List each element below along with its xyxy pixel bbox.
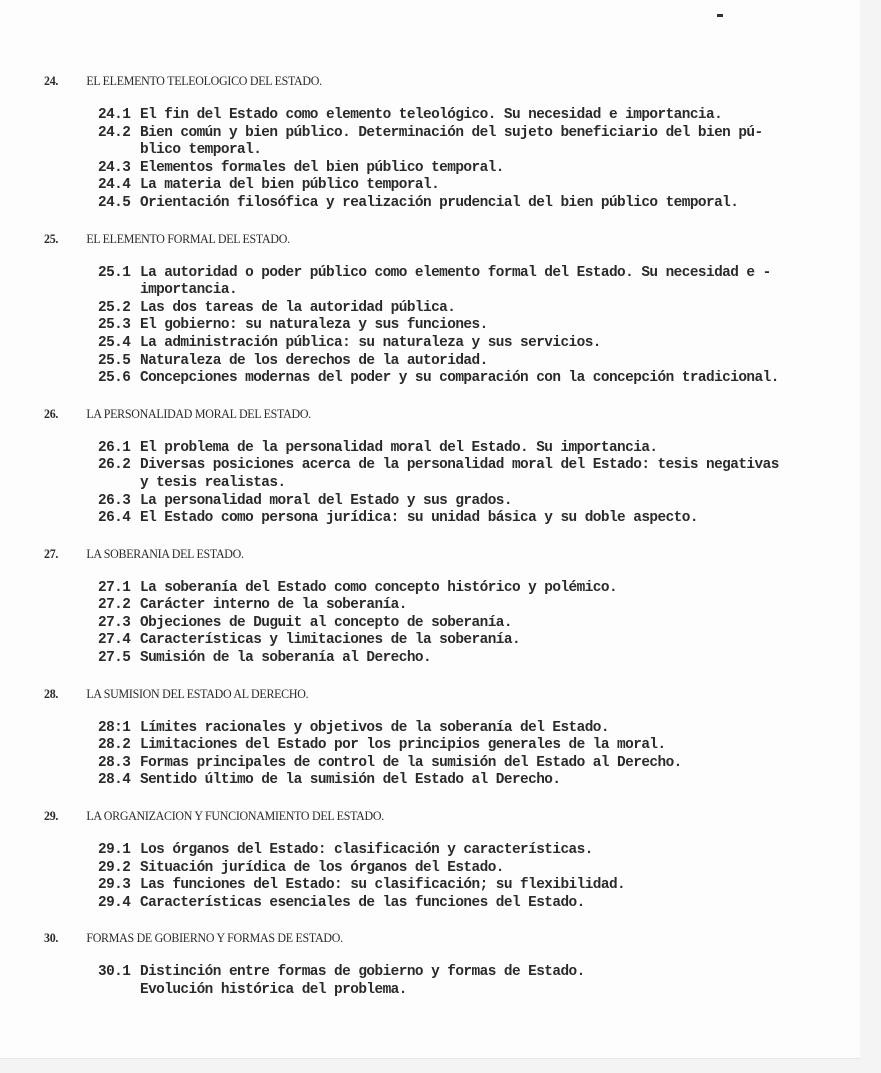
item-text: La materia del bien público temporal. [140, 177, 854, 195]
item-text: Los órganos del Estado: clasificación y … [140, 842, 854, 860]
section-items: 26.1 El problema de la personalidad mora… [44, 440, 854, 528]
item-text: El fin del Estado como elemento teleológ… [140, 107, 854, 125]
section-number: 29. [44, 807, 86, 825]
item-text: Características esenciales de las funcio… [140, 895, 854, 913]
section-title: FORMAS DE GOBIERNO Y FORMAS DE ESTADO. [86, 929, 342, 947]
section-heading: 25. EL ELEMENTO FORMAL DEL ESTADO. [44, 230, 789, 248]
item-text: El problema de la personalidad moral del… [140, 440, 854, 458]
item-number: 27.1 [98, 580, 140, 598]
section-number: 28. [44, 685, 86, 703]
item-number: 24.2 [98, 125, 140, 160]
item-text: Distinción entre formas de gobierno y fo… [140, 964, 854, 999]
item-number: 28.3 [98, 755, 140, 773]
item-number: 25.1 [98, 265, 140, 300]
section-number: 25. [44, 230, 86, 248]
item-text: Sumisión de la soberanía al Derecho. [140, 650, 854, 668]
list-item: 29.1 Los órganos del Estado: clasificaci… [98, 842, 854, 860]
item-number: 25.6 [98, 370, 140, 388]
list-item: 27.3 Objeciones de Duguit al concepto de… [98, 615, 854, 633]
item-text: Bien común y bien público. Determinación… [140, 125, 854, 160]
section-heading: 29. LA ORGANIZACION Y FUNCIONAMIENTO DEL… [44, 807, 789, 825]
item-number: 27.3 [98, 615, 140, 633]
section-number: 27. [44, 545, 86, 563]
item-number: 26.3 [98, 493, 140, 511]
list-item: 24.4 La materia del bien público tempora… [98, 177, 854, 195]
item-number: 28.4 [98, 772, 140, 790]
list-item: 25.5 Naturaleza de los derechos de la au… [98, 353, 854, 371]
list-item: 26.3 La personalidad moral del Estado y … [98, 493, 854, 511]
list-item: 26.4 El Estado como persona jurídica: su… [98, 510, 854, 528]
section-heading: 24. EL ELEMENTO TELEOLOGICO DEL ESTADO. [44, 72, 789, 90]
item-text: Concepciones modernas del poder y su com… [140, 370, 854, 388]
item-text: Diversas posiciones acerca de la persona… [140, 457, 854, 492]
item-number: 24.1 [98, 107, 140, 125]
list-item: 29.3 Las funciones del Estado: su clasif… [98, 877, 854, 895]
item-number: 24.4 [98, 177, 140, 195]
list-item: 25.4 La administración pública: su natur… [98, 335, 854, 353]
list-item: 28.3 Formas principales de control de la… [98, 755, 854, 773]
section: 24. EL ELEMENTO TELEOLOGICO DEL ESTADO. … [44, 72, 854, 213]
item-number: 28.2 [98, 737, 140, 755]
item-number: 29.3 [98, 877, 140, 895]
list-item: 26.1 El problema de la personalidad mora… [98, 440, 854, 458]
item-number: 27.2 [98, 597, 140, 615]
item-number: 26.2 [98, 457, 140, 492]
section-title: EL ELEMENTO FORMAL DEL ESTADO. [86, 230, 289, 248]
item-text: Las dos tareas de la autoridad pública. [140, 300, 854, 318]
list-item: 30.1 Distinción entre formas de gobierno… [98, 964, 854, 999]
list-item: 24.1 El fin del Estado como elemento tel… [98, 107, 854, 125]
item-text: Situación jurídica de los órganos del Es… [140, 860, 854, 878]
section-number: 24. [44, 72, 86, 90]
section-heading: 28. LA SUMISION DEL ESTADO AL DERECHO. [44, 685, 789, 703]
item-text: Naturaleza de los derechos de la autorid… [140, 353, 854, 371]
item-text: Objeciones de Duguit al concepto de sobe… [140, 615, 854, 633]
section-number: 30. [44, 929, 86, 947]
item-text: Limitaciones del Estado por los principi… [140, 737, 854, 755]
item-number: 26.1 [98, 440, 140, 458]
section-items: 28:1 Límites racionales y objetivos de l… [44, 720, 854, 790]
item-number: 29.2 [98, 860, 140, 878]
item-text: Elementos formales del bien público temp… [140, 160, 854, 178]
section-heading: 26. LA PERSONALIDAD MORAL DEL ESTADO. [44, 405, 789, 423]
section-items: 27.1 La soberanía del Estado como concep… [44, 580, 854, 668]
item-number: 25.2 [98, 300, 140, 318]
item-number: 27.4 [98, 632, 140, 650]
item-text: Las funciones del Estado: su clasificaci… [140, 877, 854, 895]
section-title: EL ELEMENTO TELEOLOGICO DEL ESTADO. [86, 72, 322, 90]
section: 25. EL ELEMENTO FORMAL DEL ESTADO. 25.1 … [44, 230, 854, 388]
list-item: 28.4 Sentido último de la sumisión del E… [98, 772, 854, 790]
syllabus-content: 24. EL ELEMENTO TELEOLOGICO DEL ESTADO. … [44, 72, 854, 1017]
section-heading: 30. FORMAS DE GOBIERNO Y FORMAS DE ESTAD… [44, 929, 789, 947]
item-text: La soberanía del Estado como concepto hi… [140, 580, 854, 598]
item-number: 24.3 [98, 160, 140, 178]
item-number: 27.5 [98, 650, 140, 668]
section-number: 26. [44, 405, 86, 423]
item-text: Sentido último de la sumisión del Estado… [140, 772, 854, 790]
item-text: La administración pública: su naturaleza… [140, 335, 854, 353]
section: 27. LA SOBERANIA DEL ESTADO. 27.1 La sob… [44, 545, 854, 668]
list-item: 28:1 Límites racionales y objetivos de l… [98, 720, 854, 738]
item-text: La personalidad moral del Estado y sus g… [140, 493, 854, 511]
item-text: La autoridad o poder público como elemen… [140, 265, 854, 300]
section-title: LA ORGANIZACION Y FUNCIONAMIENTO DEL EST… [86, 807, 384, 825]
item-number: 28:1 [98, 720, 140, 738]
item-text: Límites racionales y objetivos de la sob… [140, 720, 854, 738]
item-text: Características y limitaciones de la sob… [140, 632, 854, 650]
item-number: 26.4 [98, 510, 140, 528]
document-page: 24. EL ELEMENTO TELEOLOGICO DEL ESTADO. … [0, 0, 860, 1059]
section-title: LA PERSONALIDAD MORAL DEL ESTADO. [86, 405, 311, 423]
list-item: 28.2 Limitaciones del Estado por los pri… [98, 737, 854, 755]
list-item: 27.1 La soberanía del Estado como concep… [98, 580, 854, 598]
item-number: 29.4 [98, 895, 140, 913]
section: 28. LA SUMISION DEL ESTADO AL DERECHO. 2… [44, 685, 854, 790]
item-text: Formas principales de control de la sumi… [140, 755, 854, 773]
item-text: Carácter interno de la soberanía. [140, 597, 854, 615]
section-items: 29.1 Los órganos del Estado: clasificaci… [44, 842, 854, 912]
section: 26. LA PERSONALIDAD MORAL DEL ESTADO. 26… [44, 405, 854, 528]
item-text: El Estado como persona jurídica: su unid… [140, 510, 854, 528]
section-items: 25.1 La autoridad o poder público como e… [44, 265, 854, 388]
list-item: 25.2 Las dos tareas de la autoridad públ… [98, 300, 854, 318]
section-items: 30.1 Distinción entre formas de gobierno… [44, 964, 854, 999]
list-item: 24.5 Orientación filosófica y realizació… [98, 195, 854, 213]
list-item: 27.2 Carácter interno de la soberanía. [98, 597, 854, 615]
list-item: 24.3 Elementos formales del bien público… [98, 160, 854, 178]
item-number: 24.5 [98, 195, 140, 213]
section: 29. LA ORGANIZACION Y FUNCIONAMIENTO DEL… [44, 807, 854, 912]
item-number: 25.4 [98, 335, 140, 353]
list-item: 26.2 Diversas posiciones acerca de la pe… [98, 457, 854, 492]
list-item: 27.4 Características y limitaciones de l… [98, 632, 854, 650]
item-number: 25.5 [98, 353, 140, 371]
list-item: 29.4 Características esenciales de las f… [98, 895, 854, 913]
scan-mark [717, 14, 723, 17]
section-items: 24.1 El fin del Estado como elemento tel… [44, 107, 854, 213]
item-text: El gobierno: su naturaleza y sus funcion… [140, 317, 854, 335]
section-title: LA SOBERANIA DEL ESTADO. [86, 545, 243, 563]
list-item: 25.1 La autoridad o poder público como e… [98, 265, 854, 300]
list-item: 24.2 Bien común y bien público. Determin… [98, 125, 854, 160]
section-title: LA SUMISION DEL ESTADO AL DERECHO. [86, 685, 308, 703]
list-item: 25.3 El gobierno: su naturaleza y sus fu… [98, 317, 854, 335]
item-text: Orientación filosófica y realización pru… [140, 195, 854, 213]
section: 30. FORMAS DE GOBIERNO Y FORMAS DE ESTAD… [44, 929, 854, 999]
item-number: 29.1 [98, 842, 140, 860]
list-item: 27.5 Sumisión de la soberanía al Derecho… [98, 650, 854, 668]
list-item: 25.6 Concepciones modernas del poder y s… [98, 370, 854, 388]
item-number: 25.3 [98, 317, 140, 335]
section-heading: 27. LA SOBERANIA DEL ESTADO. [44, 545, 789, 563]
list-item: 29.2 Situación jurídica de los órganos d… [98, 860, 854, 878]
item-number: 30.1 [98, 964, 140, 999]
